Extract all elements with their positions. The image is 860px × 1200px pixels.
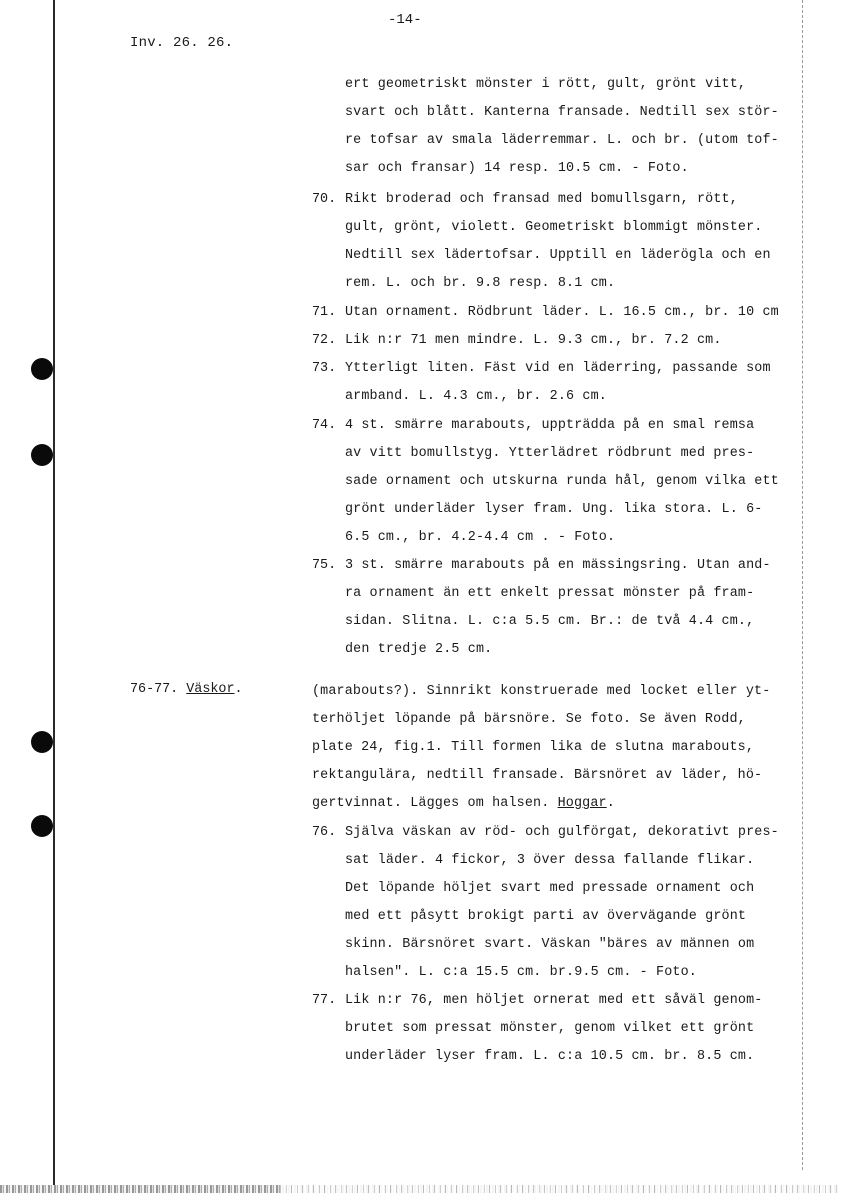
section-heading: 76-77. Väskor. xyxy=(130,682,243,697)
text-line: plate 24, fig.1. Till formen lika de slu… xyxy=(312,740,754,755)
page-number: -14- xyxy=(388,12,422,28)
text-line: sar och fransar) 14 resp. 10.5 cm. - Fot… xyxy=(345,161,689,176)
document-page: -14- Inv. 26. 26. ert geometriskt mönste… xyxy=(0,0,860,1200)
text-line: sat läder. 4 fickor, 3 över dessa fallan… xyxy=(345,853,754,868)
text-line: Det löpande höljet svart med pressade or… xyxy=(345,881,754,896)
underlined-term: Hoggar xyxy=(558,796,607,811)
inventory-number: Inv. 26. 26. xyxy=(130,35,233,51)
margin-rule xyxy=(53,0,55,1185)
text-line: re tofsar av smala läderremmar. L. och b… xyxy=(345,133,779,148)
text-line: svart och blått. Kanterna fransade. Nedt… xyxy=(345,105,779,120)
text-line: 6.5 cm., br. 4.2-4.4 cm . - Foto. xyxy=(345,530,615,545)
entry-number: 74. xyxy=(312,418,336,433)
text-line: sade ornament och utskurna runda hål, ge… xyxy=(345,474,779,489)
section-title: Väskor xyxy=(186,682,234,697)
text-line: Lik n:r 71 men mindre. L. 9.3 cm., br. 7… xyxy=(345,333,722,348)
text-line: sidan. Slitna. L. c:a 5.5 cm. Br.: de tv… xyxy=(345,614,754,629)
punch-hole-3 xyxy=(31,731,53,753)
entry-number: 75. xyxy=(312,558,336,573)
entry-number: 73. xyxy=(312,361,336,376)
punch-hole-4 xyxy=(31,815,53,837)
entry-number: 71. xyxy=(312,305,336,320)
punch-hole-1 xyxy=(31,358,53,380)
text-line: grönt underläder lyser fram. Ung. lika s… xyxy=(345,502,762,517)
text-line: Rikt broderad och fransad med bomullsgar… xyxy=(345,192,738,207)
text-line: den tredje 2.5 cm. xyxy=(345,642,492,657)
text-line: Nedtill sex lädertofsar. Upptill en läde… xyxy=(345,248,771,263)
text-line: Själva väskan av röd- och gulförgat, dek… xyxy=(345,825,779,840)
text-line: gertvinnat. Lägges om halsen. Hoggar. xyxy=(312,796,615,811)
text-line: underläder lyser fram. L. c:a 10.5 cm. b… xyxy=(345,1049,754,1064)
entry-number: 77. xyxy=(312,993,336,1008)
text-line: Ytterligt liten. Fäst vid en läderring, … xyxy=(345,361,771,376)
section-range: 76-77. xyxy=(130,682,178,697)
text-line: halsen". L. c:a 15.5 cm. br.9.5 cm. - Fo… xyxy=(345,965,697,980)
text-line: ra ornament än ett enkelt pressat mönste… xyxy=(345,586,754,601)
scan-edge-bottom-fade xyxy=(280,1185,840,1193)
text-line: 3 st. smärre marabouts på en mässingsrin… xyxy=(345,558,771,573)
text-line: rektangulära, nedtill fransade. Bärsnöre… xyxy=(312,768,762,783)
text-line: terhöljet löpande på bärsnöre. Se foto. … xyxy=(312,712,746,727)
text-span: gertvinnat. Lägges om halsen. xyxy=(312,796,558,811)
entry-number: 76. xyxy=(312,825,336,840)
text-line: 4 st. smärre marabouts, uppträdda på en … xyxy=(345,418,754,433)
text-line: armband. L. 4.3 cm., br. 2.6 cm. xyxy=(345,389,607,404)
text-line: med ett påsytt brokigt parti av överväga… xyxy=(345,909,746,924)
page-edge-right xyxy=(802,0,803,1170)
text-line: ert geometriskt mönster i rött, gult, gr… xyxy=(345,77,746,92)
text-line: (marabouts?). Sinnrikt konstruerade med … xyxy=(312,684,770,699)
entry-number: 70. xyxy=(312,192,336,207)
text-span: . xyxy=(607,796,615,811)
section-title-suffix: . xyxy=(234,682,242,697)
punch-hole-2 xyxy=(31,444,53,466)
text-line: skinn. Bärsnöret svart. Väskan "bäres av… xyxy=(345,937,754,952)
text-line: brutet som pressat mönster, genom vilket… xyxy=(345,1021,754,1036)
text-line: Lik n:r 76, men höljet ornerat med ett s… xyxy=(345,993,762,1008)
entry-number: 72. xyxy=(312,333,336,348)
text-line: Utan ornament. Rödbrunt läder. L. 16.5 c… xyxy=(345,305,779,320)
text-line: av vitt bomullstyg. Ytterlädret rödbrunt… xyxy=(345,446,754,461)
text-line: rem. L. och br. 9.8 resp. 8.1 cm. xyxy=(345,276,615,291)
text-line: gult, grönt, violett. Geometriskt blommi… xyxy=(345,220,762,235)
